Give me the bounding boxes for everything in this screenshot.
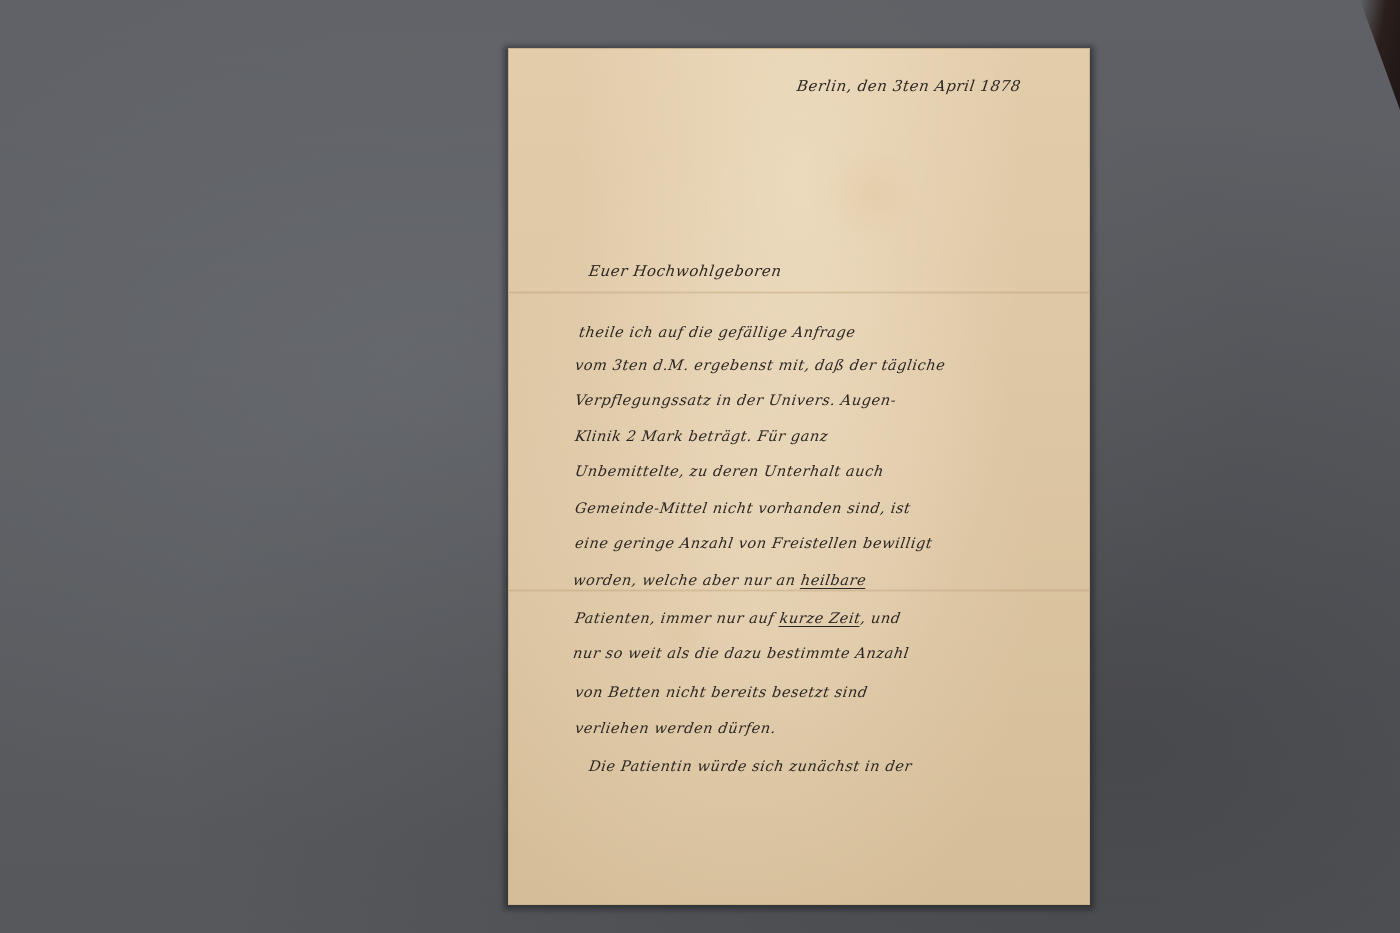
underlined-word: heilbare [800,573,868,589]
letter-line: verliehen werden dürfen. [574,721,777,737]
fold-crease [509,589,1089,592]
underlined-word: kurze Zeit [778,611,861,627]
letter-line: Gemeinde-Mittel nicht vorhanden sind, is… [574,501,912,517]
letter-line: eine geringe Anzahl von Freistellen bewi… [574,536,934,552]
letter-line: Verpflegungssatz in der Univers. Augen- [574,393,897,409]
letter-line: theile ich auf die gefällige Anfrage [578,325,857,341]
letter-page: Berlin, den 3ten April 1878 Euer Hochwoh… [508,48,1090,905]
letter-line: vom 3ten d.M. ergebenst mit, daß der täg… [574,358,947,374]
line-text: Patienten, immer nur auf [574,611,781,627]
letter-line: Patienten, immer nur auf kurze Zeit, und [574,611,902,627]
letter-salutation: Euer Hochwohlgeboren [588,262,783,280]
letter-line: Unbemittelte, zu deren Unterhalt auch [574,464,885,480]
letter-line: Die Patientin würde sich zunächst in der [588,759,913,775]
letter-line: worden, welche aber nur an heilbare [572,573,868,589]
letter-line: von Betten nicht bereits besetzt sind [574,685,869,701]
letter-dateline: Berlin, den 3ten April 1878 [796,77,1023,95]
line-text: worden, welche aber nur an [572,573,802,589]
background-shadow [1360,0,1400,110]
letter-line: nur so weit als die dazu bestimmte Anzah… [572,646,910,662]
letter-line: Klinik 2 Mark beträgt. Für ganz [574,429,829,445]
fold-crease [509,291,1089,294]
line-text: , und [859,611,901,627]
